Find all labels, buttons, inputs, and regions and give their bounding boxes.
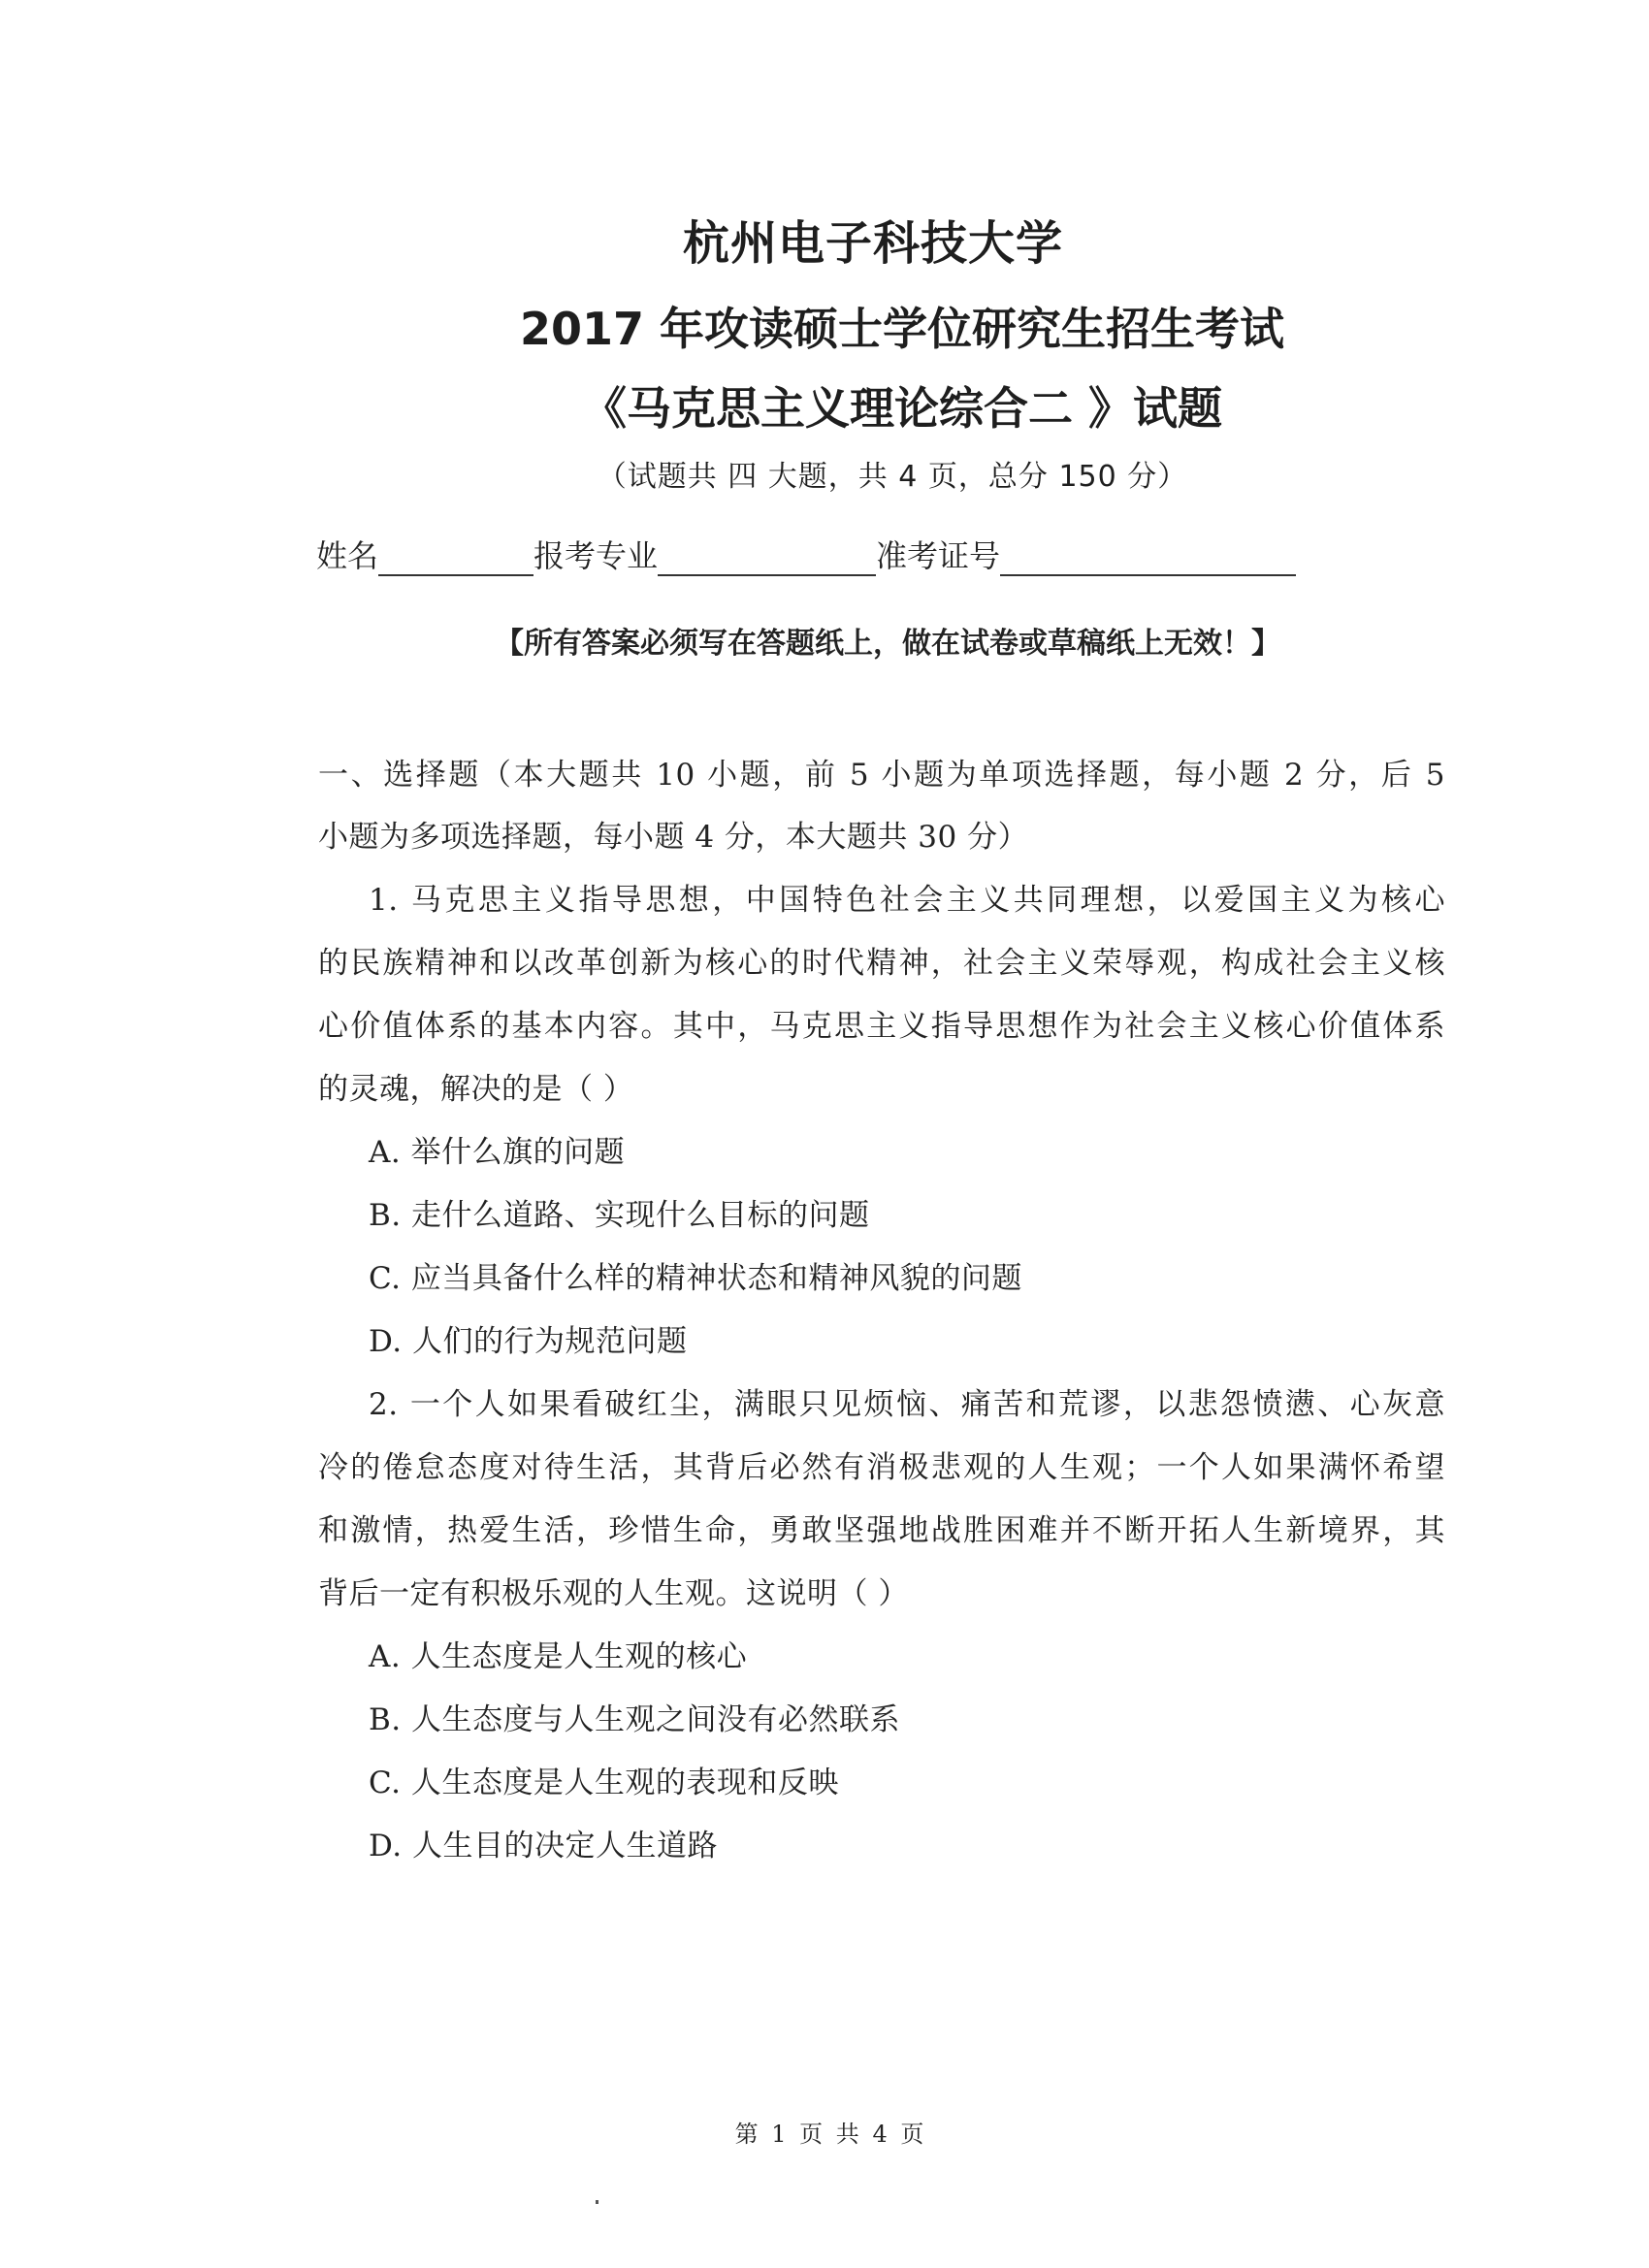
question-stem-line: 和激情，热爱生活，珍惜生命，勇敢坚强地战胜困难并不断开拓人生新境界，其 <box>318 1506 1445 1549</box>
question-stem-line: 的民族精神和以改革创新为核心的时代精神，社会主义荣辱观，构成社会主义核 <box>318 938 1445 982</box>
question-stem-line: 心价值体系的基本内容。其中，马克思主义指导思想作为社会主义核心价值体系 <box>318 1001 1445 1045</box>
option-a: A. 举什么旗的问题 <box>369 1127 625 1171</box>
answer-sheet-notice: 【所有答案必须写在答题纸上，做在试卷或草稿纸上无效！】 <box>0 619 1649 662</box>
option-b: B. 走什么道路、实现什么目标的问题 <box>369 1190 870 1234</box>
section-heading-line: 一、选择题（本大题共 10 小题，前 5 小题为单项选择题，每小题 2 分，后 … <box>318 750 1445 794</box>
page-indicator: 第 1 页 共 4 页 <box>0 2115 1649 2149</box>
subject-title: 《马克思主义理论综合二 》试题 <box>78 373 1649 437</box>
option-c: C. 人生态度是人生观的表现和反映 <box>369 1758 839 1801</box>
question-stem-line: 2. 一个人如果看破红尘，满眼只见烦恼、痛苦和荒谬，以悲怨愤懑、心灰意 <box>369 1379 1445 1423</box>
candidate-info-fields: 姓名 报考专业 准考证号 <box>316 532 1296 576</box>
question-stem-line: 1. 马克思主义指导思想，中国特色社会主义共同理想，以爱国主义为核心 <box>369 875 1445 919</box>
option-d: D. 人生目的决定人生道路 <box>369 1821 718 1864</box>
question-stem-line: 背后一定有积极乐观的人生观。这说明（ ） <box>318 1569 909 1612</box>
exam-page: 杭州电子科技大学 2017 年攻读硕士学位研究生招生考试 《马克思主义理论综合二… <box>0 0 1649 2268</box>
option-d: D. 人们的行为规范问题 <box>369 1316 687 1360</box>
scan-speck <box>596 2200 598 2204</box>
exam-id-label: 准考证号 <box>876 532 1000 576</box>
name-blank <box>378 541 533 576</box>
exam-title: 2017 年攻读硕士学位研究生招生考试 <box>78 294 1649 358</box>
option-a: A. 人生态度是人生观的核心 <box>369 1632 747 1675</box>
major-label: 报考专业 <box>533 532 658 576</box>
option-b: B. 人生态度与人生观之间没有必然联系 <box>369 1695 900 1738</box>
major-blank <box>658 541 876 576</box>
question-stem-line: 的灵魂，解决的是（ ） <box>318 1064 633 1108</box>
name-label: 姓名 <box>316 532 378 576</box>
question-stem-line: 冷的倦怠态度对待生活，其背后必然有消极悲观的人生观；一个人如果满怀希望 <box>318 1442 1445 1486</box>
exam-subtitle: （试题共 四 大题，共 4 页，总分 150 分） <box>68 452 1649 495</box>
section-heading-line: 小题为多项选择题，每小题 4 分，本大题共 30 分） <box>318 812 1028 856</box>
option-c: C. 应当具备什么样的精神状态和精神风貌的问题 <box>369 1253 1022 1297</box>
university-title: 杭州电子科技大学 <box>48 206 1649 273</box>
exam-id-blank <box>1000 541 1296 576</box>
